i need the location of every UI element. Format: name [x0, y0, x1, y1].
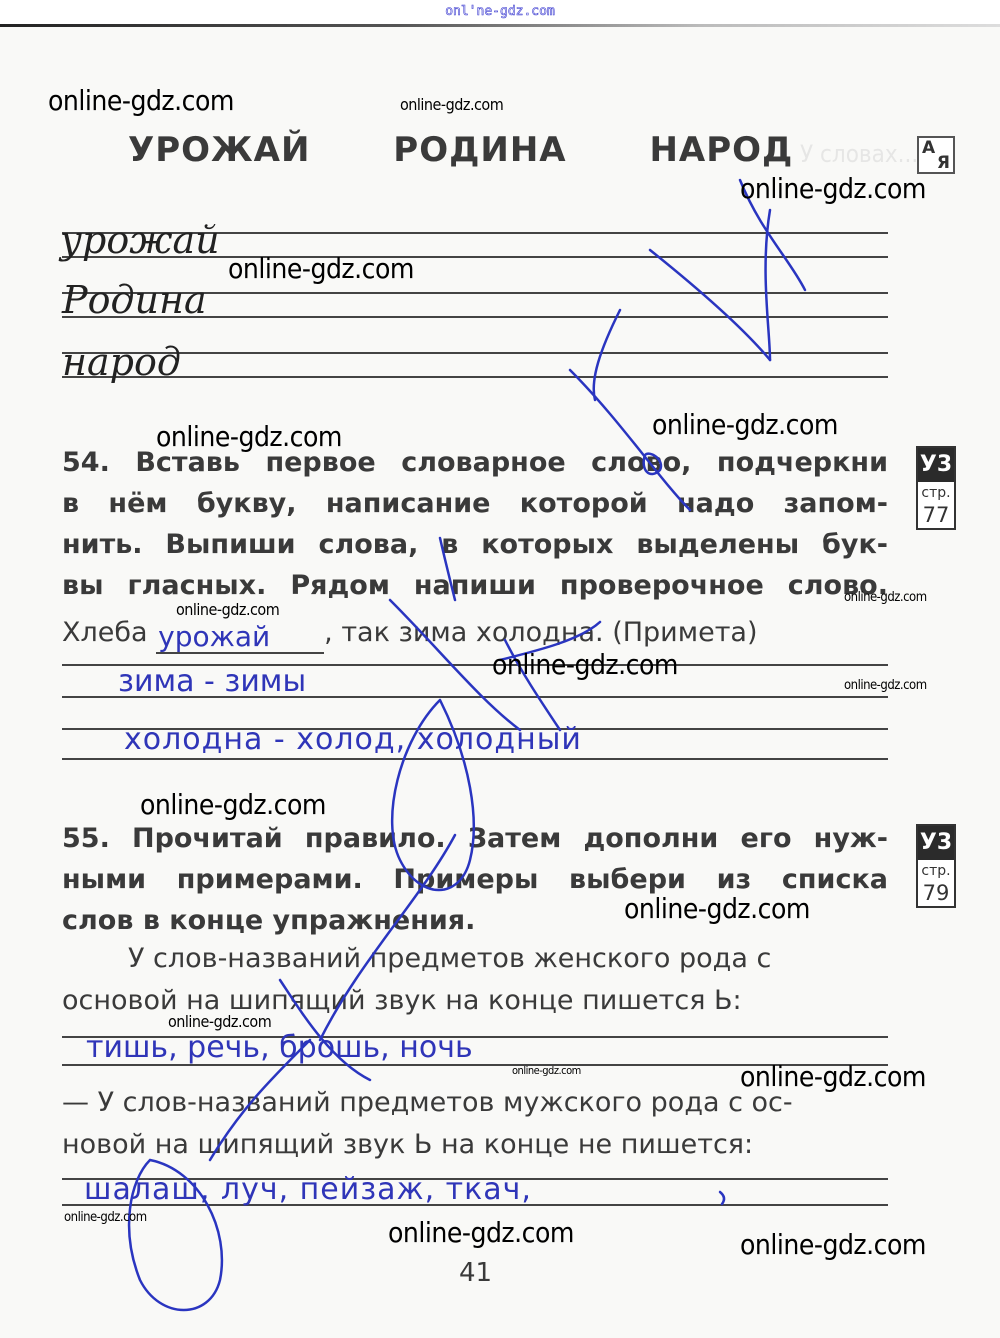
- vocab-word: НАРОД: [649, 130, 793, 170]
- proverb-blank: урожай: [156, 622, 324, 654]
- rule-masculine: — У слов-названий предметов мужского род…: [62, 1082, 888, 1166]
- badge-label: стр.: [918, 862, 954, 880]
- watermark: online-gdz.com: [740, 1228, 926, 1261]
- task-55-line: 55. Прочитай правило. Затем дополни его …: [62, 818, 888, 859]
- watermark: online-gdz.com: [740, 172, 926, 205]
- watermark: online-gdz.com: [492, 648, 678, 681]
- watermark: online-gdz.com: [740, 1060, 926, 1093]
- watermark: online-gdz.com: [652, 408, 838, 441]
- task-54-line: в нём букву, написание которой надо запо…: [62, 483, 888, 524]
- watermark: online-gdz.com: [388, 1216, 574, 1249]
- watermark: online-gdz.com: [156, 420, 342, 453]
- writing-line: [62, 352, 888, 354]
- dictionary-icon-bottom: Я: [937, 153, 950, 173]
- top-watermark-bar: onl'ne-gdz.com: [0, 0, 1000, 24]
- badge-page: 77: [918, 502, 954, 528]
- bleed-through-text: У словах...: [800, 140, 918, 168]
- watermark: online-gdz.com: [64, 1210, 147, 1225]
- vocab-word: РОДИНА: [393, 130, 566, 170]
- rule-feminine: У слов-названий предметов женского рода …: [62, 938, 888, 1022]
- task-54-badge: У3 стр. 77: [916, 446, 956, 530]
- vocabulary-words: УРОЖАЙ РОДИНА НАРОД: [128, 130, 793, 170]
- rule-masc-line: новой на шипящий звук Ь на конце не пише…: [62, 1124, 888, 1166]
- task-54-instructions: 54. Вставь первое словарное слово, подче…: [62, 442, 888, 606]
- badge-code: У3: [918, 448, 954, 482]
- watermark: online-gdz.com: [228, 252, 414, 285]
- badge-page: 79: [918, 880, 954, 906]
- answer-54-2: холодна - холод, холодный: [124, 722, 582, 757]
- vocab-word: УРОЖАЙ: [128, 130, 310, 170]
- watermark: online-gdz.com: [140, 788, 326, 821]
- task-54-line: нить. Выпиши слова, в которых выделены б…: [62, 524, 888, 565]
- cursive-word: урожай: [60, 218, 220, 262]
- watermark: online-gdz.com: [512, 1064, 581, 1077]
- proverb-before: Хлеба: [62, 617, 148, 648]
- dictionary-icon-top: А: [922, 138, 935, 158]
- answer-55-fem: тишь, речь, брошь, ночь: [86, 1030, 473, 1065]
- proverb-answer: урожай: [158, 616, 270, 658]
- page-number: 41: [459, 1258, 492, 1288]
- writing-line: [62, 376, 888, 378]
- watermark: online-gdz.com: [624, 892, 810, 925]
- watermark: online-gdz.com: [176, 600, 279, 619]
- answer-54-1: зима - зимы: [118, 664, 306, 699]
- answer-line: [62, 758, 888, 760]
- proverb-after: , так зима холодна. (Примета): [324, 617, 757, 648]
- watermark-top: onl'ne-gdz.com: [445, 4, 555, 19]
- badge-label: стр.: [918, 484, 954, 502]
- watermark: online-gdz.com: [48, 84, 234, 117]
- page-edge-shadow: [0, 24, 1000, 27]
- dictionary-icon: А Я: [917, 136, 955, 174]
- badge-code: У3: [918, 826, 954, 860]
- cursive-word: народ: [62, 340, 181, 384]
- task-55-badge: У3 стр. 79: [916, 824, 956, 908]
- watermark: online-gdz.com: [844, 678, 927, 693]
- answer-55-masc: шалаш, луч, пейзаж, ткач,: [84, 1172, 532, 1207]
- watermark: online-gdz.com: [168, 1012, 271, 1031]
- rule-fem-line: У слов-названий предметов женского рода …: [62, 938, 888, 980]
- cursive-word: Родина: [62, 278, 207, 322]
- watermark: online-gdz.com: [844, 590, 927, 605]
- watermark: online-gdz.com: [400, 95, 503, 114]
